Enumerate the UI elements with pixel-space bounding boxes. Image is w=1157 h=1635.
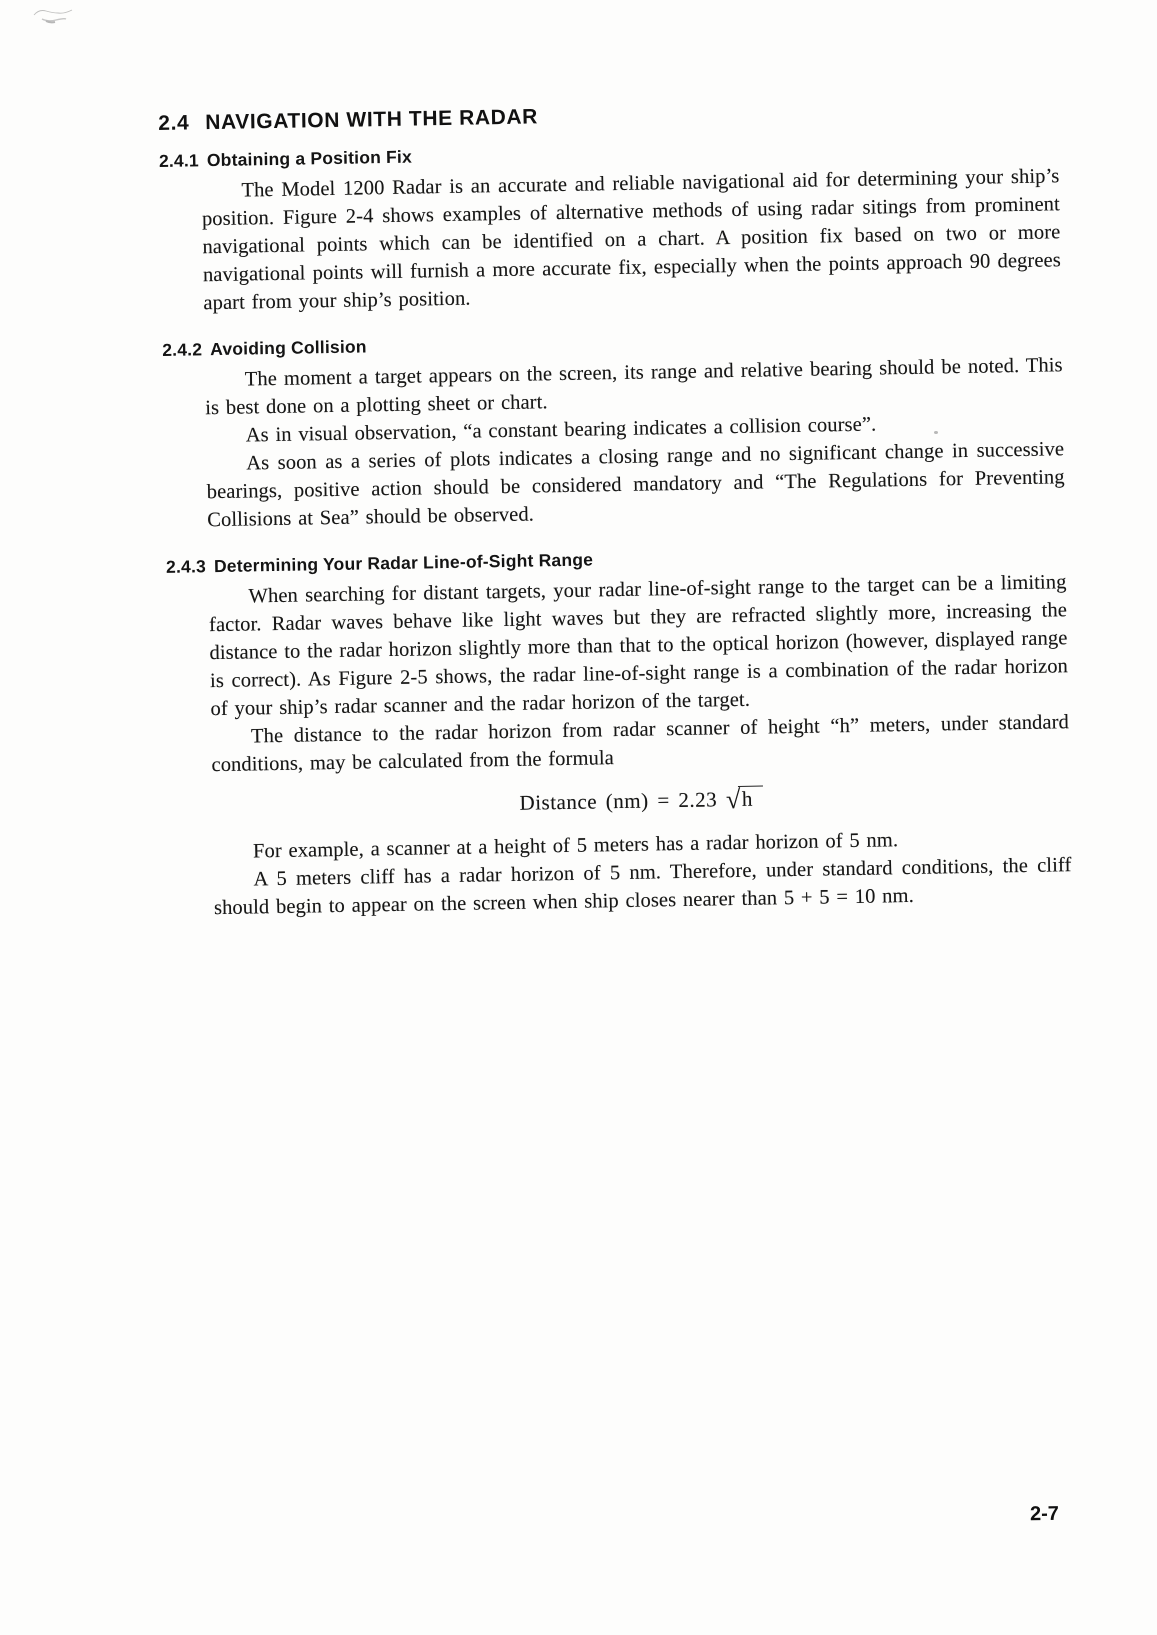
subsection-title: Avoiding Collision (210, 336, 367, 359)
formula-lhs: Distance (nm) = 2.23 (519, 787, 717, 814)
formula-radicand: h (738, 786, 763, 810)
subsection-241-body: The Model 1200 Radar is an accurate and … (201, 162, 1061, 317)
section-number: 2.4 (158, 111, 189, 135)
paragraph: The Model 1200 Radar is an accurate and … (201, 162, 1061, 317)
subsection-number: 2.4.1 (159, 150, 199, 171)
section-heading: 2.4NAVIGATION WITH THE RADAR (158, 96, 1058, 136)
paragraph: As soon as a series of plots indicates a… (206, 435, 1065, 534)
subsection-title: Obtaining a Position Fix (207, 147, 412, 171)
paragraph: When searching for distant targets, your… (208, 568, 1068, 723)
section-title: NAVIGATION WITH THE RADAR (205, 105, 538, 134)
subsection-243-body: When searching for distant targets, your… (208, 568, 1072, 922)
subsection-title: Determining Your Radar Line-of-Sight Ran… (214, 549, 593, 576)
subsection-242-body: The moment a target appears on the scree… (205, 351, 1066, 534)
scan-smudge (32, 6, 78, 31)
distance-formula: Distance (nm) = 2.23 √h (212, 779, 1070, 824)
page-number: 2-7 (1030, 1503, 1059, 1527)
subsection-number: 2.4.3 (166, 556, 206, 577)
document-page-content: 2.4NAVIGATION WITH THE RADAR 2.4.1Obtain… (158, 90, 1072, 923)
subsection-number: 2.4.2 (162, 339, 202, 360)
